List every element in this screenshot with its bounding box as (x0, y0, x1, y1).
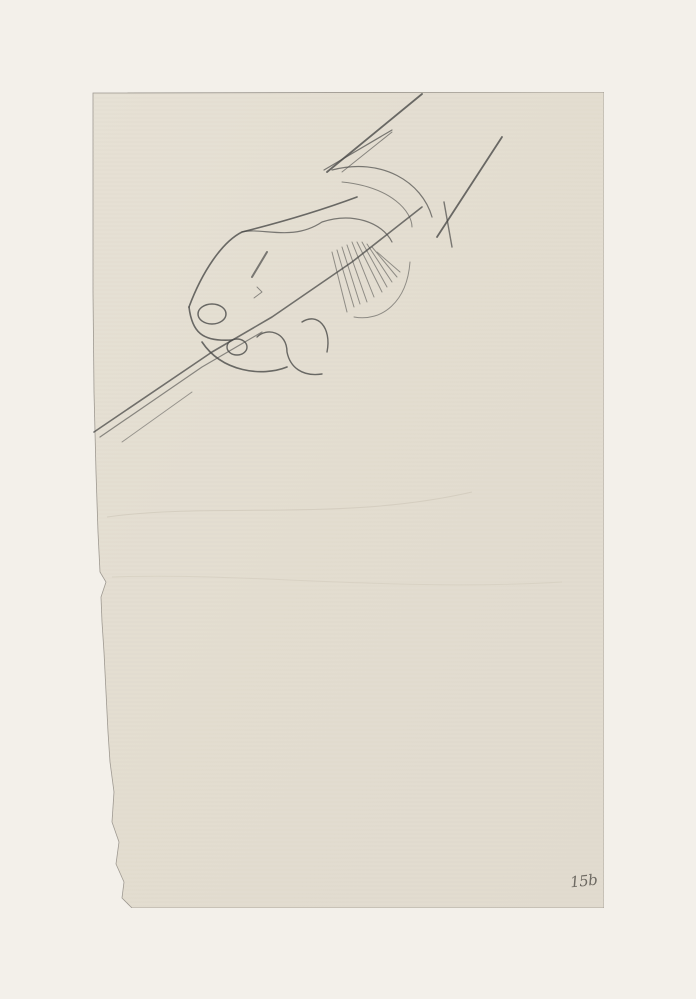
paper-sheet: 15b (92, 92, 604, 908)
page-number-annotation: 15b (569, 871, 598, 892)
drawing-canvas (92, 92, 604, 908)
